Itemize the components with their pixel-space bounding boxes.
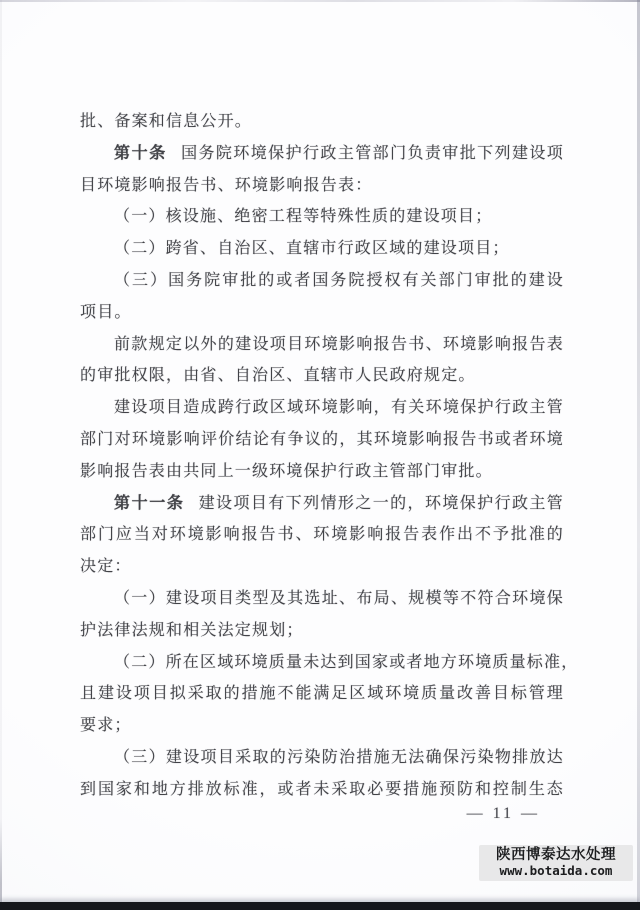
- article-number: 第十条: [114, 145, 167, 162]
- document-line: 部门应当对环境影响报告书、环境影响报告表作出不予批准的: [80, 519, 564, 551]
- watermark-url: www.botaida.com: [479, 864, 633, 878]
- document-line: （三）建设项目采取的污染防治措施无法确保污染物排放达: [114, 742, 564, 774]
- document-line: （二）所在区域环境质量未达到国家或者地方环境质量标准，: [114, 647, 564, 679]
- document-line: 要求；: [80, 710, 564, 742]
- document-line: 目环境影响报告书、环境影响报告表：: [80, 170, 564, 202]
- document-line: 决定：: [80, 551, 564, 583]
- document-line: （一）核设施、绝密工程等特殊性质的建设项目；: [114, 201, 564, 233]
- document-line: 项目。: [80, 297, 564, 329]
- document-line: 护法律法规和相关法定规划；: [80, 615, 564, 647]
- document-line: （一）建设项目类型及其选址、布局、规模等不符合环境保: [114, 583, 564, 615]
- scanned-document-page: 批、备案和信息公开。第十条国务院环境保护行政主管部门负责审批下列建设项目环境影响…: [0, 0, 640, 910]
- document-line: 部门对环境影响评价结论有争议的，其环境影响报告书或者环境: [80, 424, 564, 456]
- document-line: 批、备案和信息公开。: [80, 106, 564, 138]
- document-line: 的审批权限，由省、自治区、直辖市人民政府规定。: [80, 360, 564, 392]
- scan-left-edge: [0, 0, 2, 910]
- document-line: 建设项目造成跨行政区域环境影响，有关环境保护行政主管: [114, 392, 564, 424]
- article-number: 第十一条: [114, 495, 184, 512]
- scan-top-edge: [0, 0, 640, 2]
- scan-bottom-edge: [0, 902, 640, 910]
- document-line: 前款规定以外的建设项目环境影响报告书、环境影响报告表: [114, 329, 564, 361]
- document-line: 第十一条建设项目有下列情形之一的，环境保护行政主管: [114, 488, 564, 520]
- document-line: （二）跨省、自治区、直辖市行政区域的建设项目；: [114, 233, 564, 265]
- document-line: （三）国务院审批的或者国务院授权有关部门审批的建设: [114, 265, 564, 297]
- document-line: 且建设项目拟采取的措施不能满足区域环境质量改善目标管理: [80, 678, 564, 710]
- document-text-block: 批、备案和信息公开。第十条国务院环境保护行政主管部门负责审批下列建设项目环境影响…: [80, 106, 564, 806]
- watermark-badge: 陕西博泰达水处理 www.botaida.com: [479, 845, 633, 881]
- document-line: 第十条国务院环境保护行政主管部门负责审批下列建设项: [114, 138, 564, 170]
- watermark-company-name: 陕西博泰达水处理: [479, 847, 633, 864]
- page-number: — 11 —: [467, 801, 540, 827]
- document-line: 影响报告表由共同上一级环境保护行政主管部门审批。: [80, 456, 564, 488]
